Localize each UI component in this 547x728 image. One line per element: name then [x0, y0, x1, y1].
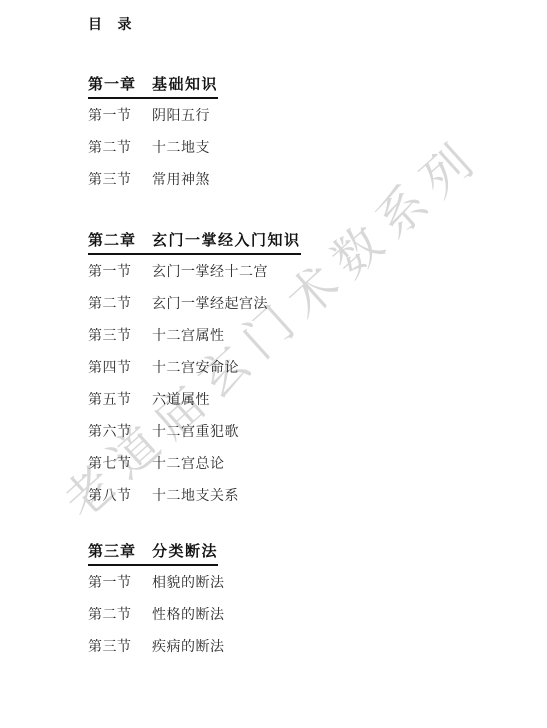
toc-entry: 第二节 玄门一掌经起宫法 [88, 287, 547, 319]
document-page: 老道庙玄门术数系列 目 录 第一章基础知识 第一节 阴阳五行 第二节 十二地支 … [0, 0, 547, 728]
toc-entry: 第三节 疾病的断法 [88, 630, 547, 662]
toc-content: 目 录 第一章基础知识 第一节 阴阳五行 第二节 十二地支 第三节 常用神煞 [0, 0, 547, 662]
section-number: 第三节 [88, 636, 152, 656]
section-title: 十二宫总论 [152, 453, 225, 473]
section-title: 六道属性 [152, 389, 210, 409]
section-title: 相貌的断法 [152, 572, 225, 592]
toc-entry: 第一节 玄门一掌经十二宫 [88, 255, 547, 287]
chapter-3-sections: 第一节 相貌的断法 第二节 性格的断法 第三节 疾病的断法 [88, 566, 547, 662]
section-title: 玄门一掌经十二宫 [152, 261, 268, 281]
section-title: 疾病的断法 [152, 636, 225, 656]
chapter-heading-2: 第二章玄门一掌经入门知识 [88, 232, 547, 255]
section-number: 第二节 [88, 604, 152, 624]
toc-entry: 第三节 常用神煞 [88, 163, 547, 195]
toc-entry: 第五节 六道属性 [88, 383, 547, 415]
section-title: 十二宫重犯歌 [152, 421, 239, 441]
section-title: 十二宫安命论 [152, 357, 239, 377]
section-number: 第五节 [88, 389, 152, 409]
chapter-2-sections: 第一节 玄门一掌经十二宫 第二节 玄门一掌经起宫法 第三节 十二宫属性 第四节 … [88, 255, 547, 511]
section-title: 十二地支 [152, 137, 210, 157]
chapter-3-number: 第三章 [88, 543, 152, 561]
section-number: 第三节 [88, 169, 152, 189]
toc-entry: 第一节 相貌的断法 [88, 566, 547, 598]
toc-entry: 第六节 十二宫重犯歌 [88, 415, 547, 447]
section-number: 第三节 [88, 325, 152, 345]
toc-entry: 第二节 性格的断法 [88, 598, 547, 630]
chapter-2-underlined-text: 第二章玄门一掌经入门知识 [88, 232, 301, 255]
section-number: 第六节 [88, 421, 152, 441]
toc-entry: 第四节 十二宫安命论 [88, 351, 547, 383]
section-number: 第四节 [88, 357, 152, 377]
section-title: 性格的断法 [152, 604, 225, 624]
chapter-2-title: 玄门一掌经入门知识 [152, 233, 301, 249]
section-number: 第七节 [88, 453, 152, 473]
section-number: 第二节 [88, 293, 152, 313]
toc-entry: 第三节 十二宫属性 [88, 319, 547, 351]
toc-entry: 第七节 十二宫总论 [88, 447, 547, 479]
page-title: 目 录 [88, 18, 547, 34]
section-number: 第二节 [88, 137, 152, 157]
section-title: 十二宫属性 [152, 325, 225, 345]
section-number: 第一节 [88, 261, 152, 281]
chapter-3-title: 分类断法 [152, 544, 218, 560]
section-number: 第一节 [88, 572, 152, 592]
toc-entry: 第一节 阴阳五行 [88, 99, 547, 131]
chapter-1-sections: 第一节 阴阳五行 第二节 十二地支 第三节 常用神煞 [88, 99, 547, 195]
section-title: 常用神煞 [152, 169, 210, 189]
chapter-heading-1: 第一章基础知识 [88, 76, 547, 99]
section-title: 阴阳五行 [152, 105, 210, 125]
toc-entry: 第八节 十二地支关系 [88, 479, 547, 511]
section-title: 十二地支关系 [152, 485, 239, 505]
section-title: 玄门一掌经起宫法 [152, 293, 268, 313]
chapter-3-underlined-text: 第三章分类断法 [88, 543, 218, 566]
chapter-heading-3: 第三章分类断法 [88, 543, 547, 566]
chapter-1-title: 基础知识 [152, 77, 218, 93]
chapter-1-underlined-text: 第一章基础知识 [88, 76, 218, 99]
chapter-1-number: 第一章 [88, 76, 152, 94]
chapter-2-number: 第二章 [88, 232, 152, 250]
section-number: 第一节 [88, 105, 152, 125]
toc-entry: 第二节 十二地支 [88, 131, 547, 163]
section-number: 第八节 [88, 485, 152, 505]
